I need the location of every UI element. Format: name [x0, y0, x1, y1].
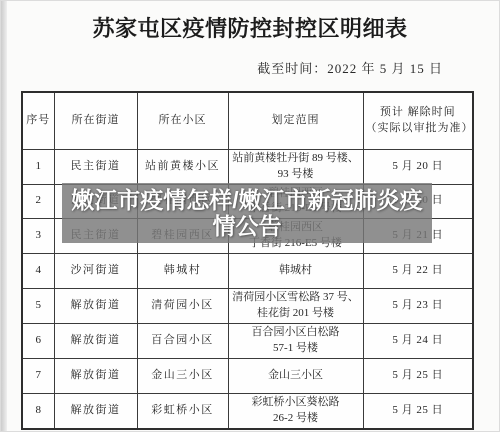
- cell-no: 4: [22, 254, 54, 289]
- cell-community: 站前黄楼小区: [137, 149, 228, 184]
- table-row: 8 解放街道 彩虹桥小区 彩虹桥小区葵松路 26-2 号楼 5 月 25 日: [22, 394, 473, 429]
- header-cell-street: 所在街道: [54, 92, 137, 149]
- cell-street: 民主街道: [54, 149, 137, 184]
- table-row: 7 解放街道 金山三小区 金山三小区 5 月 25 日: [22, 359, 473, 394]
- table-row: 6 解放街道 百合园小区 百合园小区白松路 57-1 号楼 5 月 24 日: [22, 324, 473, 359]
- scan-edge-left: [0, 0, 7, 432]
- cell-scope: 站前黄楼牡丹街 89 号楼、 93 号楼: [228, 149, 363, 184]
- cell-street: 解放街道: [54, 324, 137, 359]
- cell-no: 2: [22, 184, 54, 219]
- cell-release: 5 月 23 日: [363, 289, 473, 324]
- cell-community: 彩虹桥小区: [137, 394, 228, 429]
- cell-street: 沙河街道: [54, 254, 137, 289]
- cell-scope: 彩虹桥小区葵松路 26-2 号楼: [228, 394, 363, 429]
- cell-no: 3: [22, 219, 54, 254]
- cell-community: 清荷园小区: [137, 289, 228, 324]
- header-cell-release: 预计 解除时间 （实际以审批为准）: [363, 92, 473, 149]
- watermark-overlay: 嫩江市疫情怎样/嫩江市新冠肺炎疫 情公告: [62, 183, 432, 243]
- cell-scope: 清荷园小区雪松路 37 号、 桂花街 201 号楼: [228, 289, 363, 324]
- header-cell-community: 所在小区: [137, 92, 228, 149]
- cell-no: 7: [22, 359, 54, 394]
- cell-street: 解放街道: [54, 289, 137, 324]
- cell-street: 解放街道: [54, 394, 137, 429]
- cell-community: 金山三小区: [137, 359, 228, 394]
- table-row: 4 沙河街道 韩城村 韩城村 5 月 22 日: [22, 254, 473, 289]
- table-row: 1 民主街道 站前黄楼小区 站前黄楼牡丹街 89 号楼、 93 号楼 5 月 2…: [22, 149, 473, 184]
- table-header-row: 序号 所在街道 所在小区 划定范围 预计 解除时间 （实际以审批为准）: [22, 92, 473, 149]
- cell-no: 1: [22, 149, 54, 184]
- cell-release: 5 月 25 日: [363, 394, 473, 429]
- cell-community: 韩城村: [137, 254, 228, 289]
- table-row: 5 解放街道 清荷园小区 清荷园小区雪松路 37 号、 桂花街 201 号楼 5…: [22, 289, 473, 324]
- control-zone-table: 序号 所在街道 所在小区 划定范围 预计 解除时间 （实际以审批为准） 1 民主…: [21, 91, 474, 430]
- cell-no: 5: [22, 289, 54, 324]
- header-cell-no: 序号: [22, 92, 54, 149]
- cell-scope: 金山三小区: [228, 359, 363, 394]
- header-cell-scope: 划定范围: [228, 92, 363, 149]
- page-title: 苏家屯区疫情防控封控区明细表: [0, 12, 500, 43]
- cell-no: 6: [22, 324, 54, 359]
- cell-release: 5 月 24 日: [363, 324, 473, 359]
- cell-scope: 韩城村: [228, 254, 363, 289]
- cell-no: 8: [22, 394, 54, 429]
- cell-release: 5 月 20 日: [363, 149, 473, 184]
- cell-community: 百合园小区: [137, 324, 228, 359]
- watermark-text: 嫩江市疫情怎样/嫩江市新冠肺炎疫 情公告: [71, 187, 422, 239]
- cell-street: 解放街道: [54, 359, 137, 394]
- cell-release: 5 月 25 日: [363, 359, 473, 394]
- cell-release: 5 月 22 日: [363, 254, 473, 289]
- cell-scope: 百合园小区白松路 57-1 号楼: [228, 324, 363, 359]
- as-of-date: 截至时间：2022 年 5 月 15 日: [0, 58, 500, 77]
